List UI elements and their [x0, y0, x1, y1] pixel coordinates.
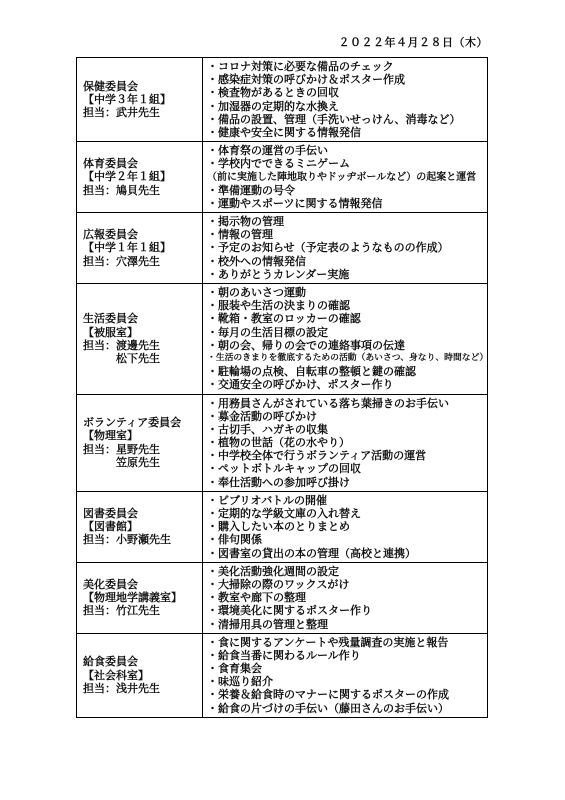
bullet-glyph: ・ — [207, 215, 218, 228]
activity-item: ・味巡り紹介 — [207, 675, 485, 688]
bullet-glyph: ・ — [207, 73, 218, 86]
committee-name: 広報委員会 — [83, 228, 200, 241]
activity-item: ・毎月の生活目標の設定 — [207, 326, 485, 339]
committee-cell: 広報委員会【中学１年１組】担当：穴澤先生 — [77, 213, 203, 283]
committee-room: 【物理室】 — [83, 429, 200, 442]
activity-text: 朝の会、帰りの会での連絡事項の伝達 — [218, 339, 405, 352]
activity-text: 食に関するアンケートや残量調査の実施と報告 — [218, 636, 448, 649]
activities-cell: ・朝のあいさつ運動・服装や生活の決まりの確認・靴箱・教室のロッカーの確認・毎月の… — [203, 284, 487, 394]
activities-cell: ・ビブリオバトルの開催・定期的な学級文庫の入れ替え・購入したい本のとりまとめ・俳… — [203, 492, 487, 562]
bullet-glyph: ・ — [207, 565, 218, 578]
activity-item: ・食育集会 — [207, 662, 485, 675]
activity-text: 服装や生活の決まりの確認 — [218, 299, 350, 312]
bullet-glyph: ・ — [207, 649, 218, 662]
activity-item: ・定期的な学級文庫の入れ替え — [207, 507, 485, 520]
activity-item: ・生活のきまりを徹底するための活動（あいさつ、身なり、時間など） — [207, 352, 485, 365]
activity-text: 用務員さんがされている落ち葉掃きのお手伝い — [218, 397, 449, 410]
activity-text: 味巡り紹介 — [218, 675, 273, 688]
activity-item: ・給食当番に関わるルール作り — [207, 649, 485, 662]
activity-item: ・ペットボトルキャップの回収 — [207, 462, 485, 475]
bullet-glyph: ・ — [207, 591, 218, 604]
activity-item: ・清掃用具の管理と整理 — [207, 618, 485, 631]
activity-item: ・備品の設置、管理（手洗いせっけん、消毒など） — [207, 113, 485, 126]
activity-item: ・運動やスポーツに関する情報発信 — [207, 197, 485, 210]
activity-text: 検査物があるときの回収 — [218, 86, 339, 99]
activity-item: ・体育祭の運営の手伝い — [207, 144, 485, 157]
bullet-glyph: ・ — [207, 255, 218, 268]
committee-table: 保健委員会【中学３年１組】担当：武井先生・コロナ対策に必要な備品のチェック・感染… — [76, 57, 488, 718]
committee-room: 【社会科室】 — [83, 669, 200, 682]
committee-cell: 体育委員会【中学２年１組】担当：鳩貝先生 — [77, 142, 203, 212]
activities-cell: ・食に関するアンケートや残量調査の実施と報告・給食当番に関わるルール作り・食育集… — [203, 634, 487, 717]
activities-cell: ・用務員さんがされている落ち葉掃きのお手伝い・募金活動の呼びかけ・古切手、ハガキ… — [203, 395, 487, 491]
activity-item: ・感染症対策の呼びかけ＆ポスター作成 — [207, 73, 485, 86]
bullet-glyph: ・ — [207, 157, 218, 170]
activity-text: 靴箱・教室のロッカーの確認 — [218, 312, 361, 325]
committee-staff: 担当：渡邊先生 — [83, 339, 200, 352]
activity-item: ・中学校全体で行うボランティア活動の運営 — [207, 449, 485, 462]
document-page: ２０２２年４月２８日（木） 保健委員会【中学３年１組】担当：武井先生・コロナ対策… — [0, 0, 565, 800]
activity-text: 清掃用具の管理と整理 — [218, 618, 328, 631]
activity-text: 美化活動強化週間の設定 — [218, 565, 339, 578]
activity-item: ・掲示物の管理 — [207, 215, 485, 228]
activity-text: ありがとうカレンダー実施 — [218, 268, 349, 281]
committee-cell: ボランティア委員会【物理室】担当：星野先生笠原先生 — [77, 395, 203, 491]
bullet-glyph: ・ — [207, 113, 218, 126]
committee-name: 体育委員会 — [83, 157, 200, 170]
bullet-glyph: ・ — [207, 449, 218, 462]
bullet-glyph: ・ — [207, 184, 218, 197]
committee-room: 【図書館】 — [83, 520, 200, 533]
table-row: 体育委員会【中学２年１組】担当：鳩貝先生・体育祭の運営の手伝い・学校内でできるミ… — [77, 141, 487, 212]
committee-staff: 担当：星野先生 — [83, 443, 200, 456]
activity-item: ・給食の片づけの手伝い（藤田さんのお手伝い） — [207, 702, 485, 715]
bullet-glyph: ・ — [207, 578, 218, 591]
activity-text: 体育祭の運営の手伝い — [218, 144, 328, 157]
bullet-glyph: ・ — [207, 286, 218, 299]
activity-text: 運動やスポーツに関する情報発信 — [218, 197, 383, 210]
table-row: 図書委員会【図書館】担当：小野瀬先生・ビブリオバトルの開催・定期的な学級文庫の入… — [77, 491, 487, 562]
bullet-glyph: ・ — [207, 662, 218, 675]
activity-item: ・募金活動の呼びかけ — [207, 410, 485, 423]
activity-item: ・検査物があるときの回収 — [207, 86, 485, 99]
bullet-glyph: ・ — [207, 197, 218, 210]
activity-item: ・教室や廊下の整理 — [207, 591, 485, 604]
activity-text: 奉仕活動への参加呼び掛け — [218, 476, 350, 489]
activity-item: ・大掃除の際のワックスがけ — [207, 578, 485, 591]
committee-staff: 担当：穴澤先生 — [83, 255, 200, 268]
bullet-glyph: ・ — [207, 365, 218, 378]
activity-item: ・食に関するアンケートや残量調査の実施と報告 — [207, 636, 485, 649]
activity-text: 図書室の貸出の本の管理（高校と連携） — [218, 547, 416, 560]
activity-text: 環境美化に関するポスター作り — [218, 604, 372, 617]
activity-text: 校外への情報発信 — [218, 255, 306, 268]
bullet-glyph: ・ — [207, 547, 218, 560]
committee-room: 【中学２年１組】 — [83, 170, 200, 183]
committee-cell: 生活委員会【被服室】担当：渡邊先生松下先生 — [77, 284, 203, 394]
activity-text: 毎月の生活目標の設定 — [218, 326, 328, 339]
activity-text: 中学校全体で行うボランティア活動の運営 — [218, 449, 426, 462]
document-date: ２０２２年４月２８日（木） — [76, 34, 488, 50]
bullet-glyph: ・ — [207, 352, 216, 365]
activity-item: ・交通安全の呼びかけ、ポスター作り — [207, 378, 485, 391]
bullet-glyph: ・ — [207, 507, 218, 520]
activity-item: ・奉仕活動への参加呼び掛け — [207, 476, 485, 489]
activity-text: 給食の片づけの手伝い（藤田さんのお手伝い） — [218, 702, 449, 715]
bullet-glyph: ・ — [207, 86, 218, 99]
bullet-glyph: ・ — [207, 397, 218, 410]
bullet-glyph: ・ — [207, 228, 218, 241]
activity-item: ・購入したい本のとりまとめ — [207, 520, 485, 533]
table-row: 美化委員会【物理地学講義室】担当：竹江先生・美化活動強化週間の設定・大掃除の際の… — [77, 562, 487, 633]
committee-cell: 保健委員会【中学３年１組】担当：武井先生 — [77, 58, 203, 141]
activity-text: コロナ対策に必要な備品のチェック — [218, 60, 394, 73]
activity-text: 大掃除の際のワックスがけ — [218, 578, 349, 591]
committee-cell: 図書委員会【図書館】担当：小野瀬先生 — [77, 492, 203, 562]
activity-item: ・予定のお知らせ（予定表のようなものの作成） — [207, 241, 485, 254]
bullet-glyph: ・ — [207, 494, 218, 507]
activity-text: 準備運動の号令 — [218, 184, 295, 197]
bullet-glyph: ・ — [207, 675, 218, 688]
bullet-glyph: ・ — [207, 268, 218, 281]
bullet-glyph: ・ — [207, 312, 218, 325]
committee-name: 生活委員会 — [83, 312, 200, 325]
table-row: ボランティア委員会【物理室】担当：星野先生笠原先生・用務員さんがされている落ち葉… — [77, 394, 487, 491]
activity-text: 予定のお知らせ（予定表のようなものの作成） — [218, 241, 449, 254]
activity-text: ペットボトルキャップの回収 — [218, 462, 361, 475]
activities-cell: ・コロナ対策に必要な備品のチェック・感染症対策の呼びかけ＆ポスター作成・検査物が… — [203, 58, 487, 141]
activity-text: 植物の世話（花の水やり） — [218, 436, 350, 449]
committee-name: 給食委員会 — [83, 655, 200, 668]
activity-text: 募金活動の呼びかけ — [218, 410, 317, 423]
activity-item: ・情報の管理 — [207, 228, 485, 241]
bullet-glyph: ・ — [207, 326, 218, 339]
bullet-glyph: ・ — [207, 241, 218, 254]
committee-name: ボランティア委員会 — [83, 416, 200, 429]
activity-text: 感染症対策の呼びかけ＆ポスター作成 — [218, 73, 405, 86]
committee-room: 【中学３年１組】 — [83, 93, 200, 106]
committee-staff: 担当：鳩貝先生 — [83, 184, 200, 197]
activity-item: ・環境美化に関するポスター作り — [207, 604, 485, 617]
committee-staff: 笠原先生 — [83, 456, 200, 469]
committee-room: 【被服室】 — [83, 326, 200, 339]
activity-text: （前に実施した陣地取りやドッヂボールなど）の起案と運営 — [207, 171, 476, 184]
bullet-glyph: ・ — [207, 618, 218, 631]
activity-text: 学校内でできるミニゲーム — [218, 157, 350, 170]
bullet-glyph: ・ — [207, 410, 218, 423]
bullet-glyph: ・ — [207, 299, 218, 312]
activity-text: 給食当番に関わるルール作り — [218, 649, 361, 662]
table-row: 生活委員会【被服室】担当：渡邊先生松下先生・朝のあいさつ運動・服装や生活の決まり… — [77, 283, 487, 394]
activities-cell: ・体育祭の運営の手伝い・学校内でできるミニゲーム（前に実施した陣地取りやドッヂボ… — [203, 142, 487, 212]
activity-item: ・準備運動の号令 — [207, 184, 485, 197]
activity-text: 購入したい本のとりまとめ — [218, 520, 350, 533]
bullet-glyph: ・ — [207, 144, 218, 157]
activity-item: ・靴箱・教室のロッカーの確認 — [207, 312, 485, 325]
activity-item: ・ビブリオバトルの開催 — [207, 494, 485, 507]
activity-item: ・朝の会、帰りの会での連絡事項の伝達 — [207, 339, 485, 352]
activity-text: 朝のあいさつ運動 — [218, 286, 306, 299]
committee-cell: 美化委員会【物理地学講義室】担当：竹江先生 — [77, 563, 203, 633]
bullet-glyph: ・ — [207, 520, 218, 533]
activity-item: ・朝のあいさつ運動 — [207, 286, 485, 299]
activity-text: 掲示物の管理 — [218, 215, 284, 228]
bullet-glyph: ・ — [207, 702, 218, 715]
bullet-glyph: ・ — [207, 604, 218, 617]
activity-text: 俳句関係 — [218, 533, 262, 546]
activity-text: 情報の管理 — [218, 228, 273, 241]
activity-item: ・植物の世話（花の水やり） — [207, 436, 485, 449]
bullet-glyph: ・ — [207, 100, 218, 113]
activity-text: 古切手、ハガキの収集 — [218, 423, 328, 436]
activity-text: 加湿器の定期的な水換え — [218, 100, 339, 113]
bullet-glyph: ・ — [207, 533, 218, 546]
activity-item: ・図書室の貸出の本の管理（高校と連携） — [207, 547, 485, 560]
bullet-glyph: ・ — [207, 339, 218, 352]
activity-item: ・加湿器の定期的な水換え — [207, 100, 485, 113]
bullet-glyph: ・ — [207, 60, 218, 73]
committee-staff: 担当：小野瀬先生 — [83, 533, 200, 546]
activity-text: 駐輪場の点検、自転車の整頓と鍵の確認 — [218, 365, 416, 378]
activity-text: 備品の設置、管理（手洗いせっけん、消毒など） — [218, 113, 460, 126]
committee-staff: 担当：武井先生 — [83, 106, 200, 119]
activity-item: ・用務員さんがされている落ち葉掃きのお手伝い — [207, 397, 485, 410]
activity-item: ・健康や安全に関する情報発信 — [207, 126, 485, 139]
bullet-glyph: ・ — [207, 636, 218, 649]
committee-name: 図書委員会 — [83, 507, 200, 520]
committee-room: 【物理地学講義室】 — [83, 591, 200, 604]
committee-room: 【中学１年１組】 — [83, 241, 200, 254]
committee-staff: 担当：竹江先生 — [83, 604, 200, 617]
table-row: 保健委員会【中学３年１組】担当：武井先生・コロナ対策に必要な備品のチェック・感染… — [77, 58, 487, 141]
activity-item: ・駐輪場の点検、自転車の整頓と鍵の確認 — [207, 365, 485, 378]
activity-item: ・美化活動強化週間の設定 — [207, 565, 485, 578]
activity-item: ・俳句関係 — [207, 533, 485, 546]
committee-staff: 松下先生 — [83, 352, 200, 365]
committee-name: 保健委員会 — [83, 80, 200, 93]
bullet-glyph: ・ — [207, 476, 218, 489]
bullet-glyph: ・ — [207, 126, 218, 139]
committee-name: 美化委員会 — [83, 578, 200, 591]
activities-cell: ・美化活動強化週間の設定・大掃除の際のワックスがけ・教室や廊下の整理・環境美化に… — [203, 563, 487, 633]
bullet-glyph: ・ — [207, 378, 218, 391]
table-row: 給食委員会【社会科室】担当：浅井先生・食に関するアンケートや残量調査の実施と報告… — [77, 633, 487, 717]
activity-item: ・ありがとうカレンダー実施 — [207, 268, 485, 281]
activity-item: （前に実施した陣地取りやドッヂボールなど）の起案と運営 — [207, 171, 485, 184]
activity-item: ・学校内でできるミニゲーム — [207, 157, 485, 170]
activity-item: ・服装や生活の決まりの確認 — [207, 299, 485, 312]
bullet-glyph: ・ — [207, 462, 218, 475]
activity-text: 食育集会 — [218, 662, 262, 675]
activity-text: 交通安全の呼びかけ、ポスター作り — [218, 378, 394, 391]
activity-item: ・古切手、ハガキの収集 — [207, 423, 485, 436]
activity-item: ・コロナ対策に必要な備品のチェック — [207, 60, 485, 73]
activity-item: ・校外への情報発信 — [207, 255, 485, 268]
activity-item: ・栄養＆給食時のマナーに関するポスターの作成 — [207, 688, 485, 701]
bullet-glyph: ・ — [207, 423, 218, 436]
bullet-glyph: ・ — [207, 436, 218, 449]
committee-cell: 給食委員会【社会科室】担当：浅井先生 — [77, 634, 203, 717]
activity-text: 生活のきまりを徹底するための活動（あいさつ、身なり、時間など） — [216, 352, 485, 365]
activity-text: 栄養＆給食時のマナーに関するポスターの作成 — [218, 688, 449, 701]
activity-text: 教室や廊下の整理 — [218, 591, 306, 604]
activity-text: 健康や安全に関する情報発信 — [218, 126, 361, 139]
table-row: 広報委員会【中学１年１組】担当：穴澤先生・掲示物の管理・情報の管理・予定のお知ら… — [77, 212, 487, 283]
committee-staff: 担当：浅井先生 — [83, 682, 200, 695]
bullet-glyph: ・ — [207, 688, 218, 701]
activity-text: ビブリオバトルの開催 — [218, 494, 327, 507]
activities-cell: ・掲示物の管理・情報の管理・予定のお知らせ（予定表のようなものの作成）・校外への… — [203, 213, 487, 283]
activity-text: 定期的な学級文庫の入れ替え — [218, 507, 361, 520]
